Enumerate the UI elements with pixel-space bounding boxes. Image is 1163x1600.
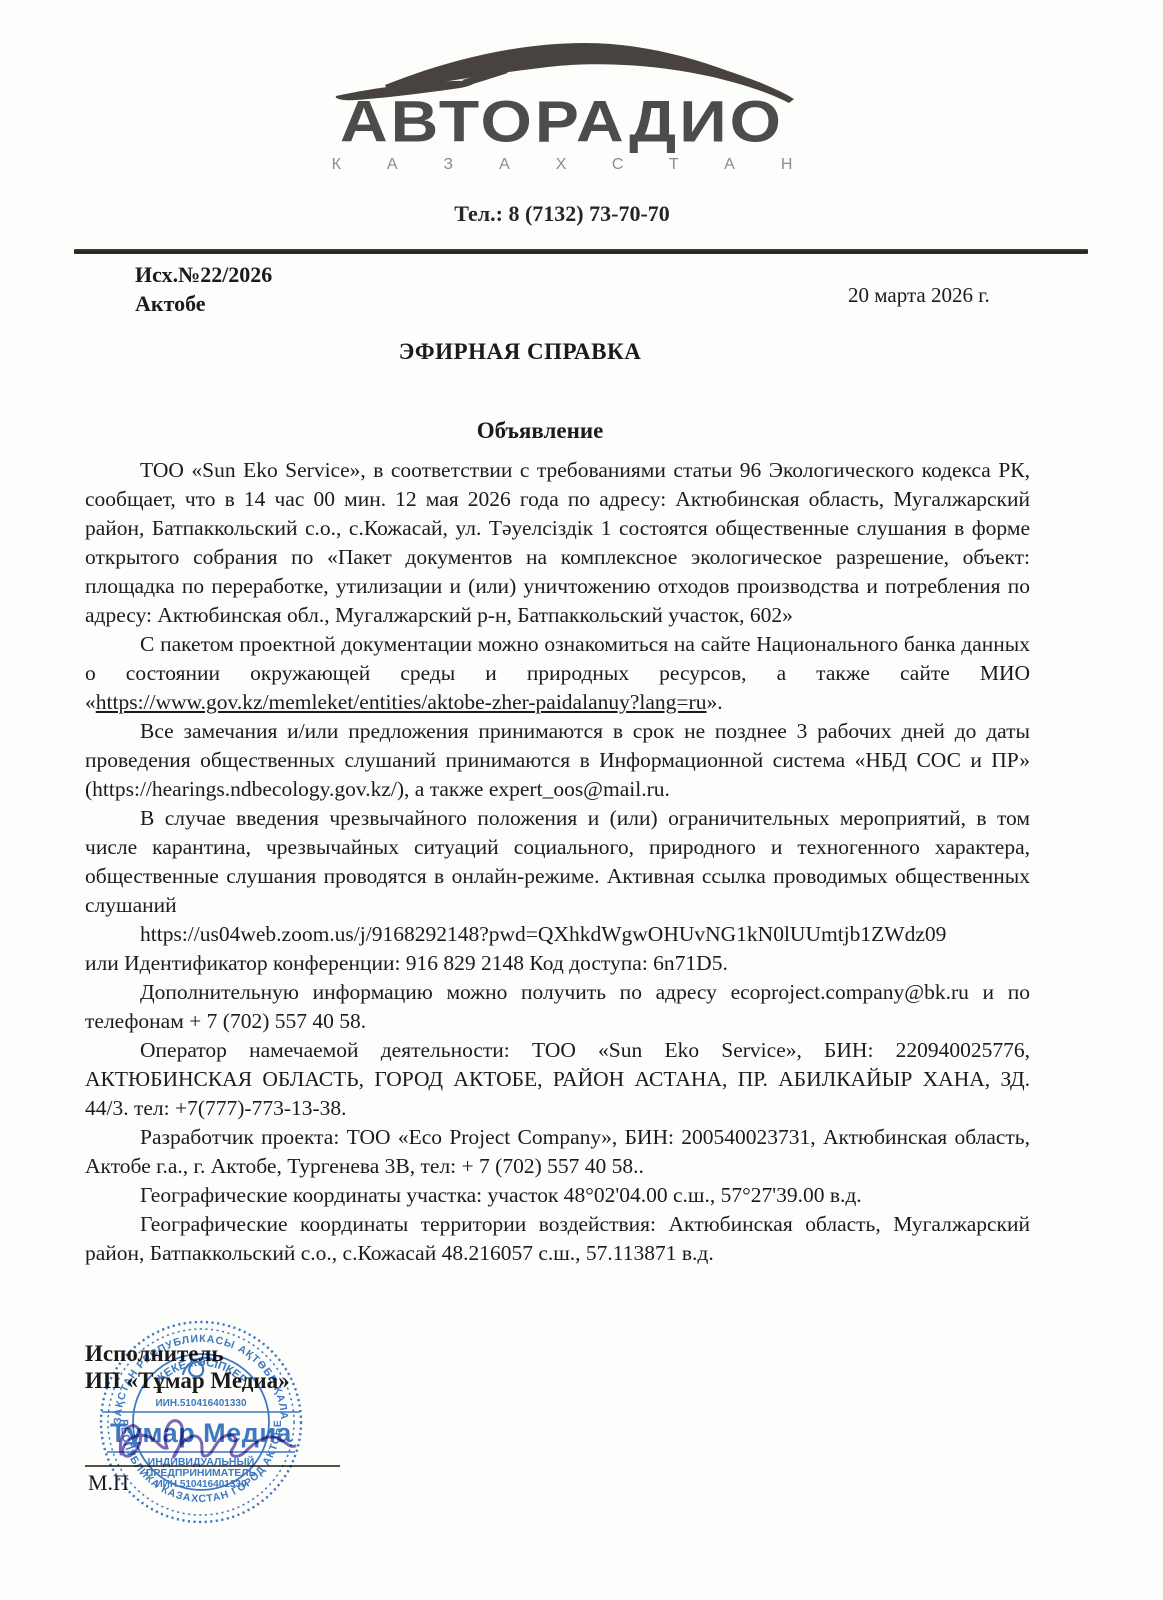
- body-paragraph: С пакетом проектной документации можно о…: [85, 630, 1030, 717]
- stamp-inner-top-text: ЖЕКЕ КӘСІПКЕР: [152, 1357, 249, 1387]
- text-segment: Географические координаты участка: участ…: [140, 1183, 862, 1207]
- body-paragraph: ТОО «Sun Eko Service», в соответствии с …: [85, 456, 1030, 630]
- body-paragraph: Географические координаты территории воз…: [85, 1210, 1030, 1268]
- doc-title: ЭФИРНАЯ СПРАВКА: [40, 339, 1000, 365]
- brand-country-label: КАЗАХСТАН: [0, 156, 1124, 174]
- text-segment: Разработчик проекта: ТОО «Eco Project Co…: [85, 1125, 1030, 1178]
- body-paragraph: https://us04web.zoom.us/j/9168292148?pwd…: [85, 920, 1030, 949]
- text-segment: https://us04web.zoom.us/j/9168292148?pwd…: [140, 922, 946, 946]
- body-paragraph: Географические координаты участка: участ…: [85, 1181, 1030, 1210]
- doc-subtitle: Объявление: [70, 418, 1010, 444]
- body-paragraph: Все замечания и/или предложения принимаю…: [85, 717, 1030, 804]
- text-segment: ».: [706, 690, 722, 714]
- signature-scribble: [113, 1408, 303, 1476]
- body-paragraph: или Идентификатор конференции: 916 829 2…: [85, 949, 1030, 978]
- text-segment: В случае введения чрезвычайного положени…: [85, 806, 1030, 917]
- ref-city: Актобе: [135, 291, 206, 317]
- url-link[interactable]: https://www.gov.kz/memleket/entities/akt…: [96, 690, 707, 714]
- text-segment: Дополнительную информацию можно получить…: [85, 980, 1030, 1033]
- text-segment: Оператор намечаемой деятельности: ТОО «S…: [85, 1038, 1030, 1120]
- body-text: ТОО «Sun Eko Service», в соответствии с …: [85, 456, 1030, 1268]
- body-paragraph: Дополнительную информацию можно получить…: [85, 978, 1030, 1036]
- body-paragraph: Оператор намечаемой деятельности: ТОО «S…: [85, 1036, 1030, 1123]
- doc-date: 20 марта 2026 г.: [848, 283, 990, 308]
- text-segment: ТОО «Sun Eko Service», в соответствии с …: [85, 458, 1030, 627]
- brand-wordmark: АВТОРАДИО: [0, 92, 1124, 150]
- header-divider-rule: [74, 249, 1088, 254]
- outgoing-ref-number: Исх.№22/2026: [135, 262, 272, 288]
- stamp-bottom-line-3: ИИН.510416401330: [155, 1479, 247, 1490]
- text-segment: Все замечания и/или предложения принимаю…: [85, 719, 1030, 801]
- scanned-letter-page: АВТОРАДИО КАЗАХСТАН Тел.: 8 (7132) 73-70…: [0, 0, 1163, 1600]
- text-segment: или Идентификатор конференции: 916 829 2…: [85, 951, 728, 975]
- body-paragraph: Разработчик проекта: ТОО «Eco Project Co…: [85, 1123, 1030, 1181]
- body-paragraph: В случае введения чрезвычайного положени…: [85, 804, 1030, 920]
- text-segment: Географические координаты территории воз…: [85, 1212, 1030, 1265]
- phone-number: Тел.: 8 (7132) 73-70-70: [0, 201, 1124, 227]
